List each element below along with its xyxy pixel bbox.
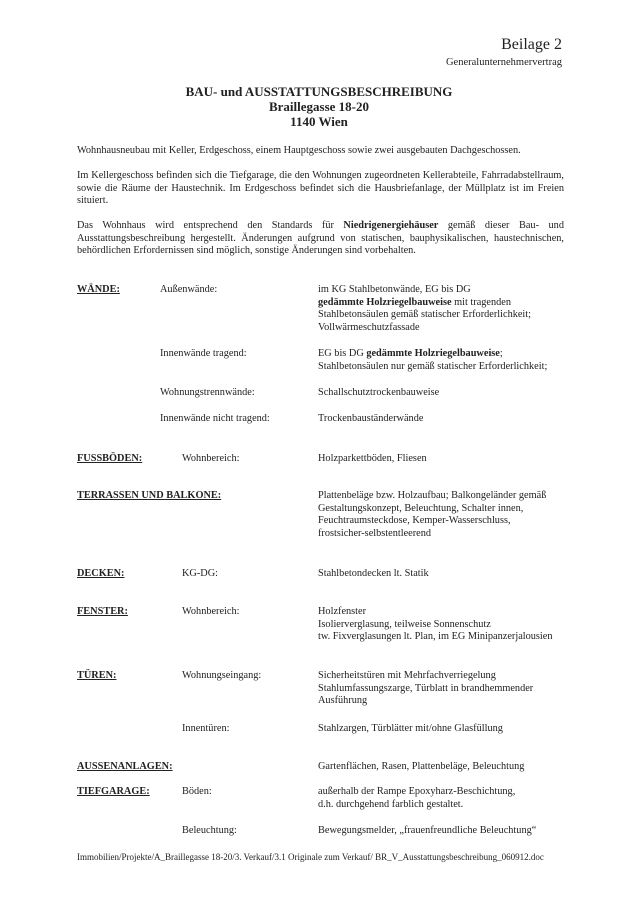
tiefgarage-licht-value: Bewegungsmelder, „frauenfreundliche Bele…	[318, 825, 618, 838]
section-tiefgarage: TIEFGARAGE:	[77, 786, 150, 797]
fussboeden-sub-label: Wohnbereich:	[182, 453, 240, 464]
waende-aussen-label: Außenwände:	[160, 284, 217, 295]
intro-paragraph-2: Im Kellergeschoss befinden sich die Tief…	[77, 170, 564, 208]
decken-sub-label: KG-DG:	[182, 568, 218, 579]
section-aussenanlagen: AUSSENANLAGEN:	[77, 761, 173, 772]
section-waende: WÄNDE:	[77, 284, 120, 295]
waende-innen-tragend-label: Innenwände tragend:	[160, 348, 247, 359]
waende-innen-nicht-tragend-label: Innenwände nicht tragend:	[160, 413, 270, 424]
attachment-label: Beilage 2	[501, 36, 562, 54]
address-city: 1140 Wien	[0, 114, 638, 129]
fussboeden-value: Holzparkettböden, Fliesen	[318, 453, 578, 466]
document-title: BAU- und AUSSTATTUNGSBESCHREIBUNG	[0, 84, 638, 99]
aussenanlagen-value: Gartenflächen, Rasen, Plattenbeläge, Bel…	[318, 761, 578, 774]
tueren-eingang-value: Sicherheitstüren mit Mehrfachverriegelun…	[318, 670, 578, 708]
waende-trenn-value: Schallschutztrockenbauweise	[318, 387, 578, 400]
waende-innen-nicht-tragend-value: Trockenbauständerwände	[318, 413, 578, 426]
section-decken: DECKEN:	[77, 568, 124, 579]
contract-label: Generalunternehmervertrag	[446, 57, 562, 68]
waende-aussen-value: im KG Stahlbetonwände, EG bis DG gedämmt…	[318, 284, 578, 334]
tueren-innen-value: Stahlzargen, Türblätter mit/ohne Glasfül…	[318, 723, 578, 736]
tiefgarage-boeden-value: außerhalb der Rampe Epoxyharz-Beschichtu…	[318, 786, 578, 811]
tueren-innen-label: Innentüren:	[182, 723, 229, 734]
terrassen-value: Plattenbeläge bzw. Holzaufbau; Balkongel…	[318, 490, 578, 540]
intro-paragraph-1: Wohnhausneubau mit Keller, Erdgeschoss, …	[77, 145, 564, 158]
footer-file-path: Immobilien/Projekte/A_Braillegasse 18-20…	[77, 852, 544, 862]
intro-paragraph-3: Das Wohnhaus wird entsprechend den Stand…	[77, 220, 564, 258]
decken-value: Stahlbetondecken lt. Statik	[318, 568, 578, 581]
address-street: Braillegasse 18-20	[0, 99, 638, 114]
waende-trenn-label: Wohnungstrennwände:	[160, 387, 255, 398]
waende-innen-tragend-value: EG bis DG gedämmte Holzriegelbauweise; S…	[318, 348, 578, 373]
section-tueren: TÜREN:	[77, 670, 116, 681]
section-fenster: FENSTER:	[77, 606, 128, 617]
tueren-eingang-label: Wohnungseingang:	[182, 670, 261, 681]
fenster-sub-label: Wohnbereich:	[182, 606, 240, 617]
section-fussboeden: FUSSBÖDEN:	[77, 453, 142, 464]
section-terrassen: TERRASSEN UND BALKONE:	[77, 490, 221, 501]
tiefgarage-licht-label: Beleuchtung:	[182, 825, 237, 836]
tiefgarage-boeden-label: Böden:	[182, 786, 212, 797]
fenster-value: Holzfenster Isolierverglasung, teilweise…	[318, 606, 578, 644]
